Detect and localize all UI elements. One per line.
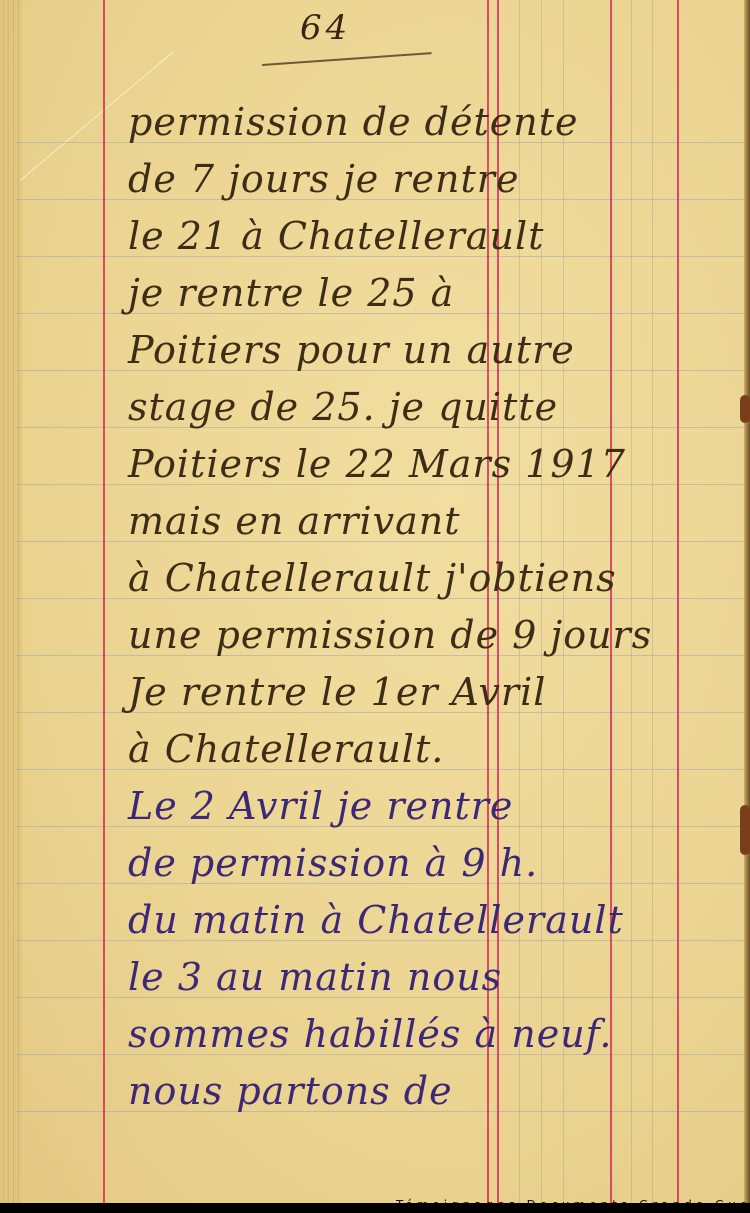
handwritten-line: du matin à Chatellerault	[128, 898, 624, 942]
page-binding-edge	[0, 0, 22, 1203]
handwritten-line: à Chatellerault.	[128, 727, 444, 771]
handwritten-line: mais en arrivant	[128, 499, 460, 543]
handwritten-line: sommes habillés à neuf.	[128, 1012, 612, 1056]
handwritten-line: Poitiers le 22 Mars 1917	[128, 442, 626, 486]
handwritten-line: permission de détente	[128, 100, 578, 144]
handwritten-line: à Chatellerault j'obtiens	[128, 556, 617, 600]
column-guide	[652, 0, 653, 1203]
handwritten-line: le 21 à Chatellerault	[128, 214, 544, 258]
left-margin-rule	[103, 0, 105, 1203]
handwritten-line: de permission à 9 h.	[128, 841, 538, 885]
handwritten-line: une permission de 9 jours	[128, 613, 652, 657]
handwritten-line: le 3 au matin nous	[128, 955, 502, 999]
footer-black-bar	[0, 1203, 750, 1213]
handwritten-line: Le 2 Avril je rentre	[128, 784, 513, 828]
handwritten-line: de 7 jours je rentre	[128, 157, 519, 201]
handwritten-line: je rentre le 25 à	[128, 271, 454, 315]
ink-stain	[740, 395, 750, 423]
handwritten-line: Je rentre le 1er Avril	[128, 670, 546, 714]
handwritten-line: stage de 25. je quitte	[128, 385, 558, 429]
column-rule	[677, 0, 679, 1203]
page-number-underline	[262, 52, 432, 66]
page-right-edge	[744, 0, 750, 1203]
notebook-page: 64 permission de détente de 7 jours je r…	[0, 0, 750, 1203]
column-guide	[631, 0, 632, 1203]
handwritten-line: Poitiers pour un autre	[128, 328, 575, 372]
handwritten-line: nous partons de	[128, 1069, 453, 1113]
page-number: 64	[300, 8, 351, 48]
ink-stain	[740, 805, 750, 855]
